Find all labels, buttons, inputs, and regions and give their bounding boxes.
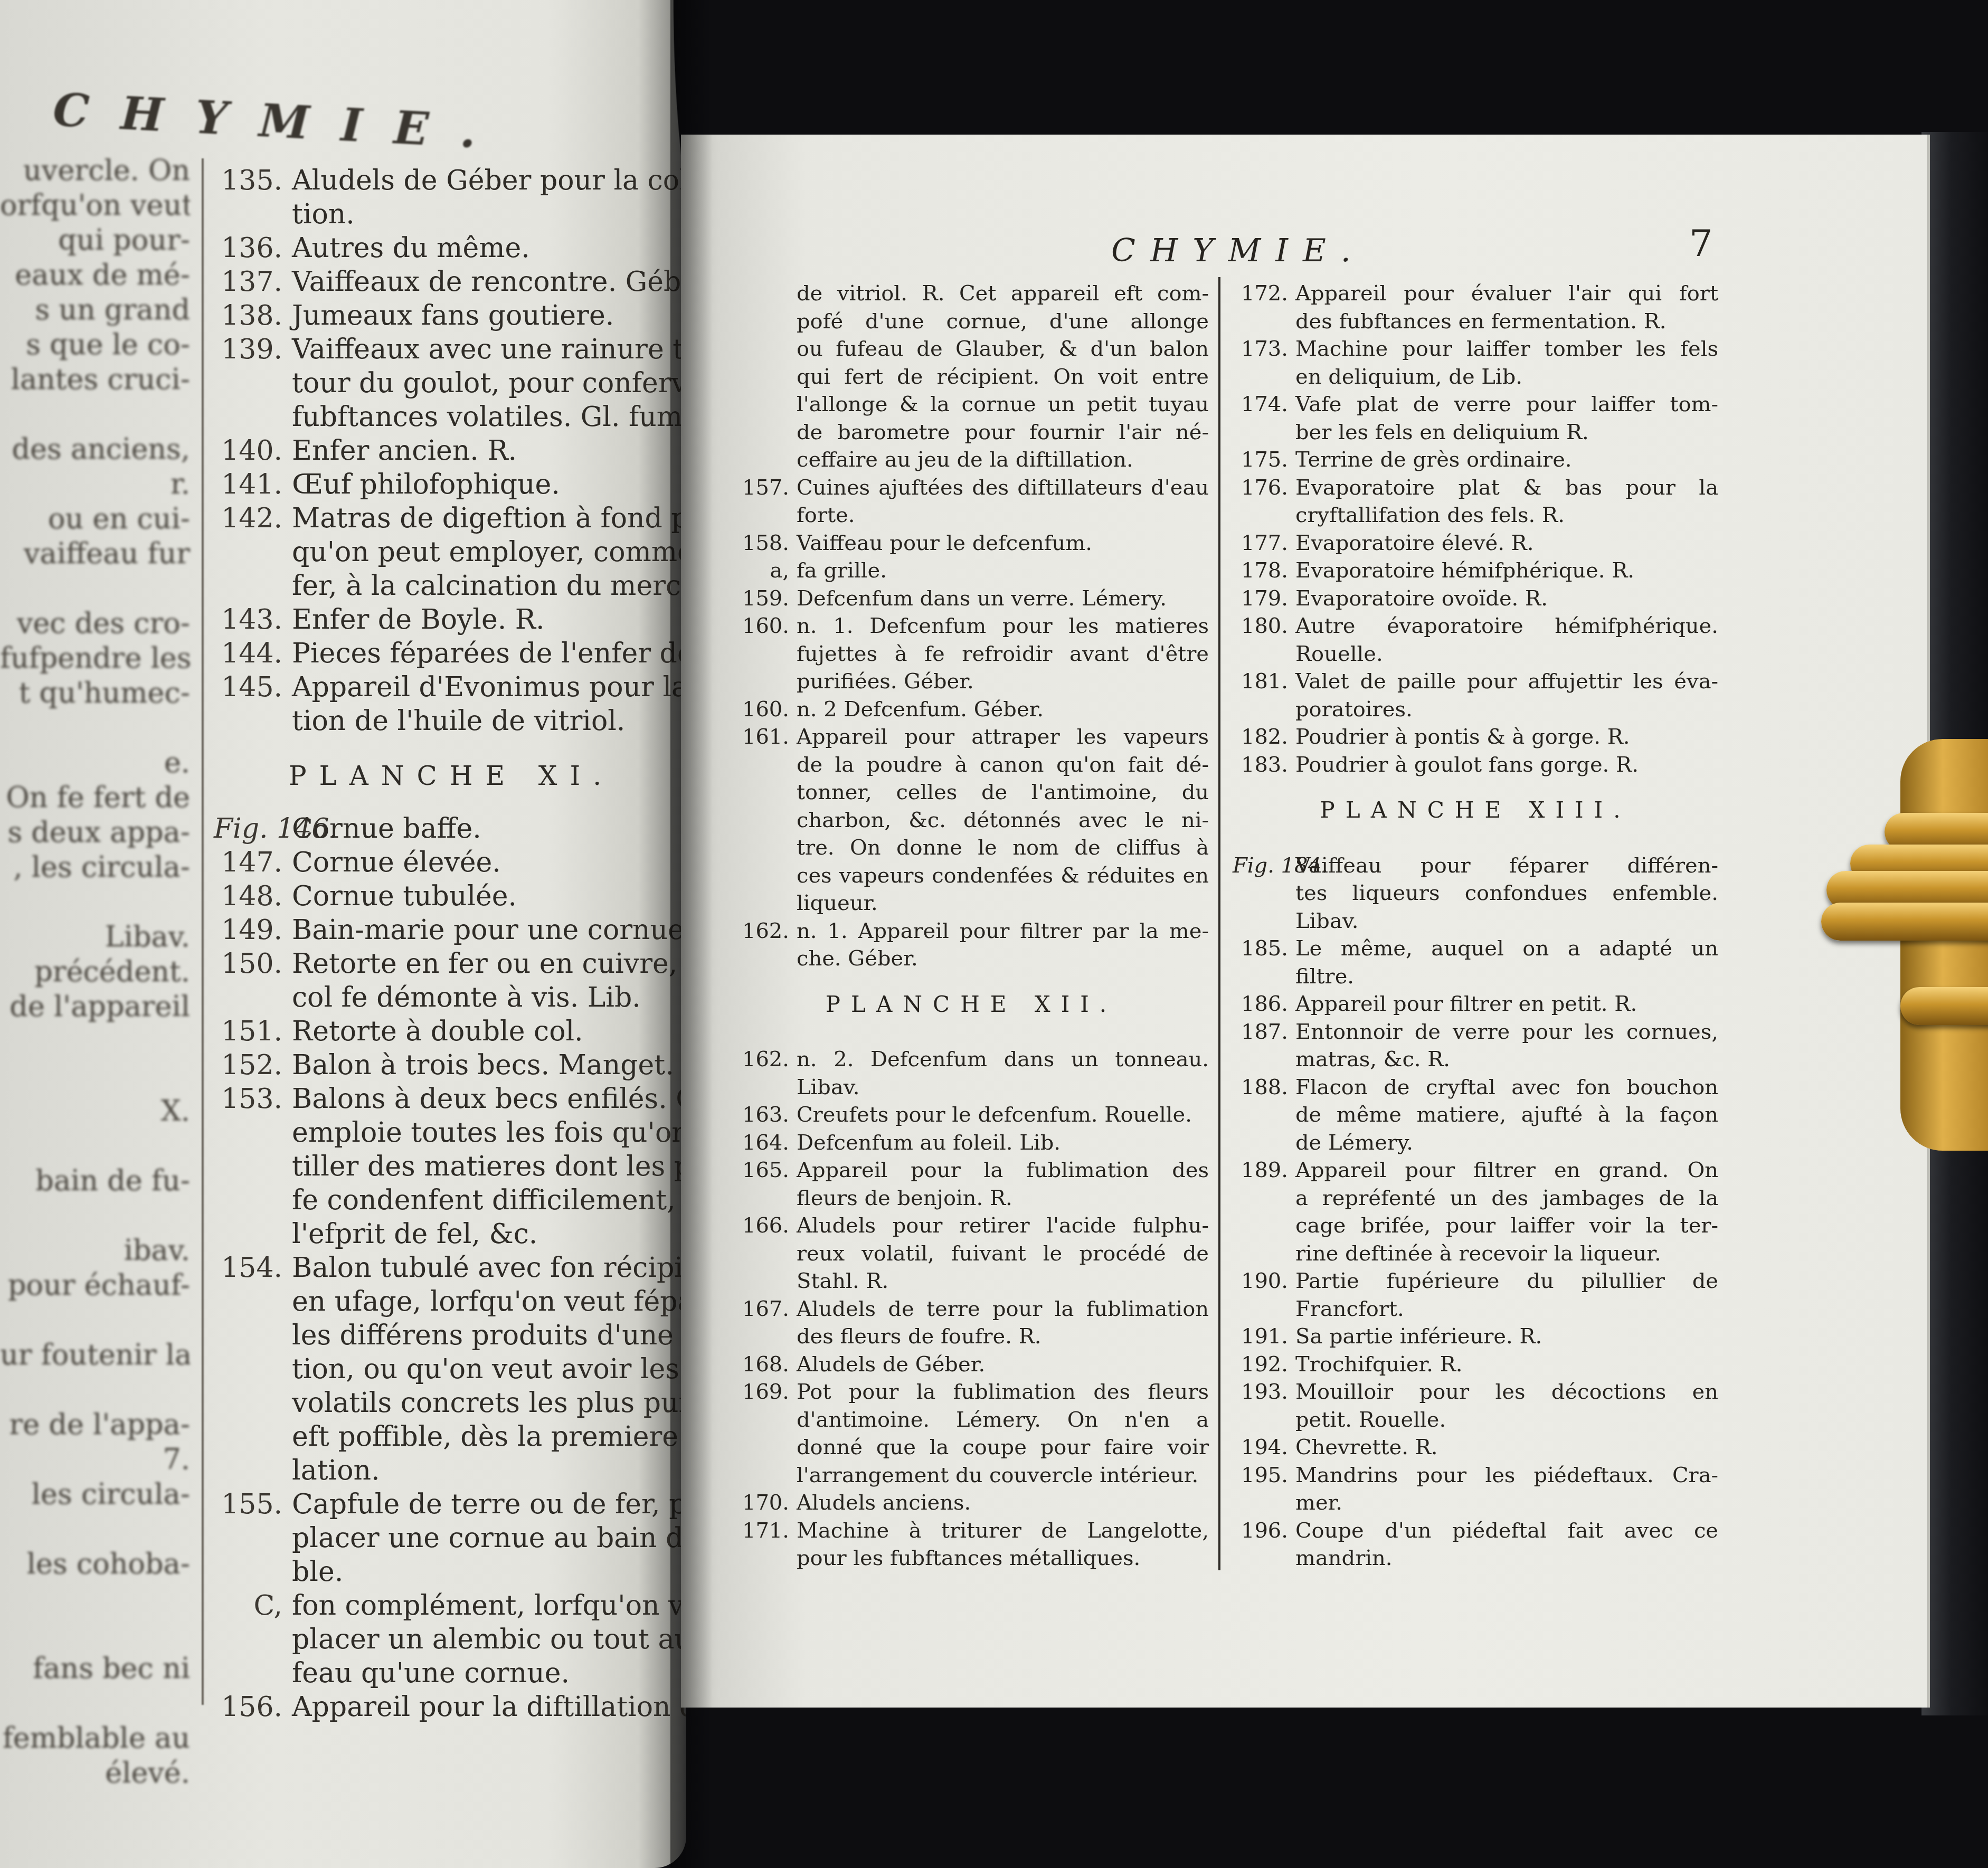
- entry-continuation-line: qu'on peut employer, comme l'en-: [214, 535, 686, 569]
- entry-continuation-line: tion de l'huile de vitriol.: [214, 704, 686, 738]
- index-entry: 189.Appareil pour filtrer en grand. On: [1233, 1156, 1718, 1184]
- index-entry: 155.Capfule de terre ou de fer, pour: [214, 1487, 686, 1521]
- entry-continuation-line: poratoires.: [1233, 696, 1718, 724]
- entry-text: Jumeaux fans goutiere.: [292, 299, 686, 333]
- entry-continuation-line: col fe démonte à vis. Lib.: [214, 981, 686, 1014]
- index-entry: 196.Coupe d'un piédeftal fait avec ce: [1233, 1517, 1718, 1545]
- fragment-line: de l'appareil: [0, 989, 190, 1024]
- figure-number: 143.: [214, 603, 292, 637]
- fragment-line: femblable au: [0, 1721, 190, 1756]
- figure-number: 150.: [214, 947, 292, 981]
- entry-text: Vafe plat de verre pour laiffer tom-: [1295, 391, 1718, 419]
- entry-continuation-line: ceffaire au jeu de la diftillation.: [734, 446, 1209, 474]
- entry-text: n. 1. Appareil pour filtrer par la me-: [797, 917, 1209, 945]
- figure-number: 138.: [214, 299, 292, 333]
- figure-number: 188.: [1233, 1074, 1295, 1102]
- entry-text: Coupe d'un piédeftal fait avec ce: [1295, 1517, 1718, 1545]
- entry-continuation-line: emploie toutes les fois qu'on a à dif-: [214, 1116, 686, 1150]
- figure-number: C,: [214, 1589, 292, 1623]
- entry-text: Enfer ancien. R.: [292, 434, 686, 468]
- entry-continuation-line: de la poudre à canon qu'on fait dé-: [734, 751, 1209, 779]
- figure-number: 137.: [214, 265, 292, 299]
- column-rule: [1218, 277, 1220, 1570]
- entries-plate-xii-cont: 172.Appareil pour évaluer l'air qui fort…: [1233, 280, 1718, 779]
- index-entry: 168.Aludels de Géber.: [734, 1351, 1209, 1379]
- index-entry: 137.Vaiffeaux de rencontre. Géber.: [214, 265, 686, 299]
- index-entry: 194.Chevrette. R.: [1233, 1434, 1718, 1462]
- entry-text: fa grille.: [797, 557, 1209, 585]
- figure-number: 194.: [1233, 1434, 1295, 1462]
- entry-text: fon complément, lorfqu'on veut: [292, 1589, 686, 1623]
- entry-continuation-line: Libav.: [734, 1074, 1209, 1102]
- index-entry: 185.Le même, auquel on a adapté un: [1233, 935, 1718, 963]
- plate-title-xii: PLANCHE XII.: [734, 991, 1209, 1019]
- figure-number: 166.: [734, 1212, 797, 1240]
- entry-continuation-line: de Lémery.: [1233, 1129, 1718, 1157]
- entry-text: Creufets pour le defcenfum. Rouelle.: [797, 1101, 1209, 1129]
- index-entry: 190.Partie fupérieure du pilullier de: [1233, 1267, 1718, 1295]
- clip-finger: [1900, 987, 1988, 1025]
- figure-number: 162.: [734, 917, 797, 945]
- fragment-line: vec des cro-: [0, 606, 190, 641]
- entry-text: Balons à deux becs enfilés. On les: [292, 1082, 686, 1116]
- figure-number: 174.: [1233, 391, 1295, 419]
- entry-continuation-line: de barometre pour fournir l'air né-: [734, 419, 1209, 447]
- figure-number: 177.: [1233, 529, 1295, 557]
- entry-continuation-line: placer une cornue au bain de fa-: [214, 1521, 686, 1555]
- index-entry: 145.Appareil d'Evonimus pour la diftilla…: [214, 670, 686, 704]
- entry-continuation-line: ber les fels en deliquium R.: [1233, 419, 1718, 447]
- fragment-line: fans bec ni: [0, 1651, 190, 1686]
- figure-number: Fig. 146.: [214, 812, 292, 846]
- entry-continuation-line: en deliquium, de Lib.: [1233, 363, 1718, 391]
- index-entry: 144.Pieces féparées de l'enfer de Boyle.: [214, 637, 686, 670]
- clip-palm: [1900, 739, 1988, 1151]
- entry-text: Valet de paille pour affujettir les éva-: [1295, 668, 1718, 696]
- clip-finger: [1821, 903, 1988, 941]
- figure-number: 180.: [1233, 612, 1295, 640]
- left-column-fragments: uvercle. Onorfqu'on veutqui pour-eaux de…: [0, 153, 190, 1790]
- fragment-line: s un grand: [0, 292, 190, 327]
- figure-number: 182.: [1233, 723, 1295, 751]
- entry-continuation-line: l'allonge & la cornue un petit tuyau: [734, 391, 1209, 419]
- index-entry: 154.Balon tubulé avec fon récipient,: [214, 1251, 686, 1285]
- entry-continuation-line: Rouelle.: [1233, 640, 1718, 668]
- figure-number: 195.: [1233, 1462, 1295, 1490]
- figure-number: 145.: [214, 670, 292, 704]
- fragment-line: élevé.: [0, 1756, 190, 1790]
- fragment-line: précédent.: [0, 954, 190, 989]
- entry-text: Vaiffeau pour féparer différen-: [1295, 852, 1718, 880]
- entry-text: Aludels de Géber pour la cohoba-: [292, 164, 686, 197]
- left-page-index-column: 135.Aludels de Géber pour la cohoba-tion…: [214, 164, 686, 1724]
- figure-number: 164.: [734, 1129, 797, 1157]
- right-page-column-a: de vitriol. R. Cet appareil eft com-pofé…: [734, 280, 1209, 1572]
- entry-text: Defcenfum dans un verre. Lémery.: [797, 585, 1209, 613]
- fragment-line: r.: [0, 467, 190, 501]
- left-page: CHYMIE. uvercle. Onorfqu'on veutqui pour…: [0, 0, 686, 1868]
- fragment-line: [0, 1303, 190, 1338]
- entry-continuation-line: feau qu'une cornue.: [214, 1656, 686, 1690]
- figure-number: 187.: [1233, 1018, 1295, 1046]
- index-entry: Fig. 184.Vaiffeau pour féparer différen-: [1233, 852, 1718, 880]
- index-entry: 135.Aludels de Géber pour la cohoba-: [214, 164, 686, 197]
- index-entry: 152.Balon à trois becs. Manget.: [214, 1048, 686, 1082]
- figure-number: 135.: [214, 164, 292, 197]
- fragment-line: [0, 1686, 190, 1721]
- fragment-line: [0, 1024, 190, 1059]
- entry-text: Enfer de Boyle. R.: [292, 603, 686, 637]
- entry-continuation-line: purifiées. Géber.: [734, 668, 1209, 696]
- figure-number: 192.: [1233, 1351, 1295, 1379]
- index-entry: a,fa grille.: [734, 557, 1209, 585]
- entry-text: Flacon de cryftal avec fon bouchon: [1295, 1074, 1718, 1102]
- entry-text: Vaiffeaux de rencontre. Géber.: [292, 265, 686, 299]
- entry-continuation-line: matras, &c. R.: [1233, 1046, 1718, 1074]
- entry-text: Balon à trois becs. Manget.: [292, 1048, 686, 1082]
- figure-number: 170.: [734, 1489, 797, 1517]
- entry-continuation-line: de même matiere, ajufté à la façon: [1233, 1101, 1718, 1129]
- index-entry: 186.Appareil pour filtrer en petit. R.: [1233, 990, 1718, 1018]
- index-entry: 162.n. 2. Defcenfum dans un tonneau.: [734, 1046, 1209, 1074]
- figure-number: 193.: [1233, 1378, 1295, 1406]
- index-entry: 191.Sa partie inférieure. R.: [1233, 1323, 1718, 1351]
- fragment-line: [0, 1512, 190, 1547]
- index-entry: 153.Balons à deux becs enfilés. On les: [214, 1082, 686, 1116]
- fragment-line: ibav.: [0, 1233, 190, 1268]
- entry-continuation-line: Stahl. R.: [734, 1267, 1209, 1295]
- index-entry: 175.Terrine de grès ordinaire.: [1233, 446, 1718, 474]
- entry-text: Evaporatoire hémifphérique. R.: [1295, 557, 1718, 585]
- entries-plate-xii: 162.n. 2. Defcenfum dans un tonneau.Liba…: [734, 1046, 1209, 1572]
- figure-number: 147.: [214, 846, 292, 879]
- fragment-line: lantes cruci-: [0, 362, 190, 397]
- entry-text: Entonnoir de verre pour les cornues,: [1295, 1018, 1718, 1046]
- figure-number: Fig. 184.: [1233, 852, 1295, 880]
- entry-continuation-line: des fleurs de foufre. R.: [734, 1323, 1209, 1351]
- index-entry: 181.Valet de paille pour affujettir les …: [1233, 668, 1718, 696]
- right-running-header: CHYMIE.: [1111, 232, 1366, 269]
- index-entry: 179.Evaporatoire ovoïde. R.: [1233, 585, 1718, 613]
- entry-text: Retorte à double col.: [292, 1014, 686, 1048]
- plate-title-xiii: PLANCHE XIII.: [1233, 796, 1718, 824]
- index-entry: 169.Pot pour la fublimation des fleurs: [734, 1378, 1209, 1406]
- entry-continuation-line: tour du goulot, pour conferver les: [214, 366, 686, 400]
- figure-number: 151.: [214, 1014, 292, 1048]
- right-page-column-b: 172.Appareil pour évaluer l'air qui fort…: [1233, 280, 1718, 1572]
- entry-continuation-line: d'antimoine. Lémery. On n'en a: [734, 1406, 1209, 1434]
- entry-continuation-line: tion, ou qu'on veut avoir les fels: [214, 1352, 686, 1386]
- index-entry: 183.Poudrier à goulot fans gorge. R.: [1233, 751, 1718, 779]
- entry-text: Cornue élevée.: [292, 846, 686, 879]
- figure-number: 141.: [214, 468, 292, 501]
- fragment-line: e.: [0, 745, 190, 780]
- entry-text: Pot pour la fublimation des fleurs: [797, 1378, 1209, 1406]
- entry-text: Partie fupérieure du pilullier de: [1295, 1267, 1718, 1295]
- index-entry: 176.Evaporatoire plat & bas pour la: [1233, 474, 1718, 502]
- index-entry: 161.Appareil pour attraper les vapeurs: [734, 723, 1209, 751]
- entry-continuation-line: ble.: [214, 1555, 686, 1589]
- entry-text: Cornue tubulée.: [292, 879, 686, 913]
- index-entry: 188.Flacon de cryftal avec fon bouchon: [1233, 1074, 1718, 1102]
- figure-number: 139.: [214, 333, 292, 366]
- entry-text: Aludels de Géber.: [797, 1351, 1209, 1379]
- entry-continuation-line: a repréfenté un des jambages de la: [1233, 1184, 1718, 1212]
- fragment-line: pour échauf-: [0, 1268, 190, 1303]
- figure-number: 158.: [734, 529, 797, 557]
- entry-continuation-line: fer, à la calcination du mercure.: [214, 569, 686, 603]
- index-entry: 192.Trochifquier. R.: [1233, 1351, 1718, 1379]
- fragment-line: ur foutenir la: [0, 1338, 190, 1372]
- fragment-line: [0, 1198, 190, 1233]
- entry-text: Aludels de terre pour la fublimation: [797, 1295, 1209, 1323]
- entry-continuation-line: l'efprit de fel, &c.: [214, 1217, 686, 1251]
- index-entry: 174.Vafe plat de verre pour laiffer tom-: [1233, 391, 1718, 419]
- continuation-156: de vitriol. R. Cet appareil eft com-pofé…: [734, 280, 1209, 474]
- entry-text: Autres du même.: [292, 231, 686, 265]
- index-entry: Fig. 146.Cornue baffe.: [214, 812, 686, 846]
- entry-continuation-line: tes liqueurs confondues enfemble.: [1233, 879, 1718, 907]
- entry-continuation-line: tre. On donne le nom de cliffus à: [734, 834, 1209, 862]
- entry-text: Sa partie inférieure. R.: [1295, 1323, 1718, 1351]
- figure-number: 179.: [1233, 585, 1295, 613]
- fragment-line: s deux appa-: [0, 815, 190, 850]
- entry-continuation-line: forte.: [734, 501, 1209, 529]
- index-entry: 160.n. 2 Defcenfum. Géber.: [734, 696, 1209, 724]
- entry-text: Appareil pour la fublimation des: [797, 1156, 1209, 1184]
- figure-number: 148.: [214, 879, 292, 913]
- plate-title-xi: PLANCHE XI.: [214, 759, 686, 793]
- fragment-line: qui pour-: [0, 223, 190, 258]
- fragment-line: fufpendre les: [0, 641, 190, 676]
- entry-text: Capfule de terre ou de fer, pour: [292, 1487, 686, 1521]
- figure-number: 161.: [734, 723, 797, 751]
- index-entry: 177.Evaporatoire élevé. R.: [1233, 529, 1718, 557]
- entry-text: Bain-marie pour une cornue. Lib.: [292, 913, 686, 947]
- entry-continuation-line: mer.: [1233, 1489, 1718, 1517]
- fragment-line: les cohoba-: [0, 1547, 190, 1581]
- entry-text: Le même, auquel on a adapté un: [1295, 935, 1718, 963]
- entries-plate-xiii: Fig. 184.Vaiffeau pour féparer différen-…: [1233, 852, 1718, 1572]
- entry-continuation-line: tonner, celles de l'antimoine, du: [734, 779, 1209, 807]
- entry-text: Trochifquier. R.: [1295, 1351, 1718, 1379]
- entry-text: Chevrette. R.: [1295, 1434, 1718, 1462]
- fragment-line: bain de fu-: [0, 1163, 190, 1198]
- entry-continuation-line: rine deftinée à recevoir la liqueur.: [1233, 1240, 1718, 1268]
- fragment-line: [0, 397, 190, 432]
- entry-continuation-line: reux volatil, fuivant le procédé de: [734, 1240, 1209, 1268]
- index-entry: 173.Machine pour laiffer tomber les fels: [1233, 335, 1718, 363]
- figure-number: 149.: [214, 913, 292, 947]
- entry-continuation-line: lation.: [214, 1454, 686, 1487]
- figure-number: 154.: [214, 1251, 292, 1285]
- figure-number: 144.: [214, 637, 292, 670]
- entry-continuation-line: fubftances volatiles. Gl. fum.: [214, 400, 686, 434]
- index-entry: 178.Evaporatoire hémifphérique. R.: [1233, 557, 1718, 585]
- entry-continuation-line: des fubftances en fermentation. R.: [1233, 308, 1718, 336]
- entry-text: Mandrins pour les piédeftaux. Cra-: [1295, 1462, 1718, 1490]
- gold-hand-bookstand-clip: [1821, 739, 1988, 1151]
- entry-continuation-line: filtre.: [1233, 963, 1718, 991]
- entry-continuation-line: liqueur.: [734, 889, 1209, 917]
- fragment-line: t qu'humec-: [0, 676, 190, 710]
- figure-number: 175.: [1233, 446, 1295, 474]
- figure-number: 189.: [1233, 1156, 1295, 1184]
- entry-continuation-line: fleurs de benjoin. R.: [734, 1184, 1209, 1212]
- entry-text: Poudrier à goulot fans gorge. R.: [1295, 751, 1718, 779]
- index-entry: 139.Vaiffeaux avec une rainure tout au: [214, 333, 686, 366]
- figure-number: 178.: [1233, 557, 1295, 585]
- figure-number: 160.: [734, 612, 797, 640]
- fragment-line: [0, 1581, 190, 1616]
- entry-continuation-line: eft poffible, dès la premiere diftil-: [214, 1420, 686, 1454]
- figure-number: 160.: [734, 696, 797, 724]
- fragment-line: [0, 1129, 190, 1163]
- entry-continuation-line: petit. Rouelle.: [1233, 1406, 1718, 1434]
- fragment-line: [0, 1059, 190, 1094]
- index-entry: 148.Cornue tubulée.: [214, 879, 686, 913]
- entry-continuation-line: che. Géber.: [734, 945, 1209, 973]
- entry-continuation-line: Francfort.: [1233, 1295, 1718, 1323]
- index-entry: 147.Cornue élevée.: [214, 846, 686, 879]
- index-entry: 166.Aludels pour retirer l'acide fulphu-: [734, 1212, 1209, 1240]
- entry-text: Evaporatoire plat & bas pour la: [1295, 474, 1718, 502]
- entry-text: n. 2. Defcenfum dans un tonneau.: [797, 1046, 1209, 1074]
- index-entry: 193.Mouilloir pour les décoctions en: [1233, 1378, 1718, 1406]
- entry-continuation-line: en ufage, lorfqu'on veut féparer: [214, 1285, 686, 1319]
- index-entry: 142.Matras de digeftion à fond plat,: [214, 501, 686, 535]
- figure-number: 172.: [1233, 280, 1295, 308]
- entry-text: Machine à triturer de Langelotte,: [797, 1517, 1209, 1545]
- entry-continuation-line: tiller des matieres dont les produits: [214, 1150, 686, 1183]
- entry-text: Machine pour laiffer tomber les fels: [1295, 335, 1718, 363]
- figure-number: 185.: [1233, 935, 1295, 963]
- entry-text: Vaiffeau pour le defcenfum.: [797, 529, 1209, 557]
- entry-text: Appareil pour la diftillation de l'huile: [292, 1690, 686, 1724]
- figure-number: 191.: [1233, 1323, 1295, 1351]
- index-entry: 141.Œuf philofophique.: [214, 468, 686, 501]
- figure-number: 163.: [734, 1101, 797, 1129]
- column-rule: [202, 158, 204, 1705]
- entry-continuation-line: fe condenfent difficilement, comme: [214, 1183, 686, 1217]
- entries-plate-xi-cont: 157.Cuines ajuftées des diftillateurs d'…: [734, 474, 1209, 973]
- entry-text: Appareil pour filtrer en grand. On: [1295, 1156, 1718, 1184]
- entries-plate-xi: Fig. 146.Cornue baffe.147.Cornue élevée.…: [214, 812, 686, 1724]
- figure-number: 140.: [214, 434, 292, 468]
- figure-number: 165.: [734, 1156, 797, 1184]
- fragment-line: les circula-: [0, 1477, 190, 1512]
- figure-number: 157.: [734, 474, 797, 502]
- figure-number: 162.: [734, 1046, 797, 1074]
- figure-number: 196.: [1233, 1517, 1295, 1545]
- fragment-line: Libav.: [0, 919, 190, 954]
- fragment-line: s que le co-: [0, 327, 190, 362]
- entry-continuation-line: qui fert de récipient. On voit entre: [734, 363, 1209, 391]
- fragment-line: [0, 1372, 190, 1407]
- entry-continuation-line: ces vapeurs condenfées & réduites en: [734, 862, 1209, 890]
- entry-text: Œuf philofophique.: [292, 468, 686, 501]
- entry-text: Appareil pour filtrer en petit. R.: [1295, 990, 1718, 1018]
- entry-continuation-line: mandrin.: [1233, 1544, 1718, 1572]
- figure-number: 183.: [1233, 751, 1295, 779]
- figure-number: 168.: [734, 1351, 797, 1379]
- index-entry: 164.Defcenfum au foleil. Lib.: [734, 1129, 1209, 1157]
- fragment-line: ou en cui-: [0, 501, 190, 536]
- index-entry: C,fon complément, lorfqu'on veut: [214, 1589, 686, 1623]
- index-entry: 162.n. 1. Appareil pour filtrer par la m…: [734, 917, 1209, 945]
- index-entry: 167.Aludels de terre pour la fublimation: [734, 1295, 1209, 1323]
- index-entry: 150.Retorte en fer ou en cuivre, dont le: [214, 947, 686, 981]
- entry-text: Autre évaporatoire hémifphérique.: [1295, 612, 1718, 640]
- index-entry: 140.Enfer ancien. R.: [214, 434, 686, 468]
- figure-number: 190.: [1233, 1267, 1295, 1295]
- left-running-header: CHYMIE.: [52, 83, 509, 160]
- figure-number: 169.: [734, 1378, 797, 1406]
- figure-number: 156.: [214, 1690, 292, 1724]
- entry-text: Appareil pour attraper les vapeurs: [797, 723, 1209, 751]
- entry-continuation-line: fujettes à fe refroidir avant d'être: [734, 640, 1209, 668]
- index-entry: 136.Autres du même.: [214, 231, 686, 265]
- fragment-line: des anciens,: [0, 432, 190, 467]
- entry-text: Appareil pour évaluer l'air qui fort: [1295, 280, 1718, 308]
- entry-continuation-line: les différens produits d'une diftilla-: [214, 1319, 686, 1352]
- entry-text: Aludels pour retirer l'acide fulphu-: [797, 1212, 1209, 1240]
- fragment-line: 7.: [0, 1442, 190, 1477]
- figure-number: 159.: [734, 585, 797, 613]
- fragment-line: [0, 571, 190, 606]
- figure-number: 176.: [1233, 474, 1295, 502]
- figure-number: 153.: [214, 1082, 292, 1116]
- fragment-line: [0, 710, 190, 745]
- entry-text: Cornue baffe.: [292, 812, 686, 846]
- entry-text: Retorte en fer ou en cuivre, dont le: [292, 947, 686, 981]
- figure-number: 155.: [214, 1487, 292, 1521]
- index-entry: 187.Entonnoir de verre pour les cornues,: [1233, 1018, 1718, 1046]
- entry-continuation-line: pofé d'une cornue, d'une allonge: [734, 308, 1209, 336]
- entry-text: Vaiffeaux avec une rainure tout au: [292, 333, 686, 366]
- entry-continuation-line: cryftallifation des fels. R.: [1233, 501, 1718, 529]
- entry-continuation-line: ou fufeau de Glauber, & d'un balon: [734, 335, 1209, 363]
- index-entry: 171.Machine à triturer de Langelotte,: [734, 1517, 1209, 1545]
- index-entry: 151.Retorte à double col.: [214, 1014, 686, 1048]
- entry-text: n. 1. Defcenfum pour les matieres: [797, 612, 1209, 640]
- entry-text: Poudrier à pontis & à gorge. R.: [1295, 723, 1718, 751]
- index-entry: 158.Vaiffeau pour le defcenfum.: [734, 529, 1209, 557]
- entry-continuation-line: placer un alembic ou tout autre vaif-: [214, 1623, 686, 1656]
- index-entry: 182.Poudrier à pontis & à gorge. R.: [1233, 723, 1718, 751]
- entry-text: Evaporatoire élevé. R.: [1295, 529, 1718, 557]
- figure-number: 136.: [214, 231, 292, 265]
- fragment-line: uvercle. On: [0, 153, 190, 188]
- index-entry: 195.Mandrins pour les piédeftaux. Cra-: [1233, 1462, 1718, 1490]
- entry-text: Balon tubulé avec fon récipient,: [292, 1251, 686, 1285]
- fragment-line: [0, 885, 190, 919]
- gutter-shadow: [670, 0, 713, 1868]
- entry-text: Matras de digeftion à fond plat,: [292, 501, 686, 535]
- index-entry: 156.Appareil pour la diftillation de l'h…: [214, 1690, 686, 1724]
- index-entry: 149.Bain-marie pour une cornue. Lib.: [214, 913, 686, 947]
- entry-text: Defcenfum au foleil. Lib.: [797, 1129, 1209, 1157]
- entry-continuation-line: de vitriol. R. Cet appareil eft com-: [734, 280, 1209, 308]
- index-entry: 160.n. 1. Defcenfum pour les matieres: [734, 612, 1209, 640]
- entry-continuation-line: Libav.: [1233, 907, 1718, 935]
- entry-continuation-line: pour les fubftances métalliques.: [734, 1544, 1209, 1572]
- entry-continuation-line: volatils concrets les plus purs qu'il: [214, 1386, 686, 1420]
- entry-text: Pieces féparées de l'enfer de Boyle.: [292, 637, 686, 670]
- page-number: 7: [1689, 222, 1713, 265]
- fragment-line: orfqu'on veut: [0, 188, 190, 223]
- index-entry: 180.Autre évaporatoire hémifphérique.: [1233, 612, 1718, 640]
